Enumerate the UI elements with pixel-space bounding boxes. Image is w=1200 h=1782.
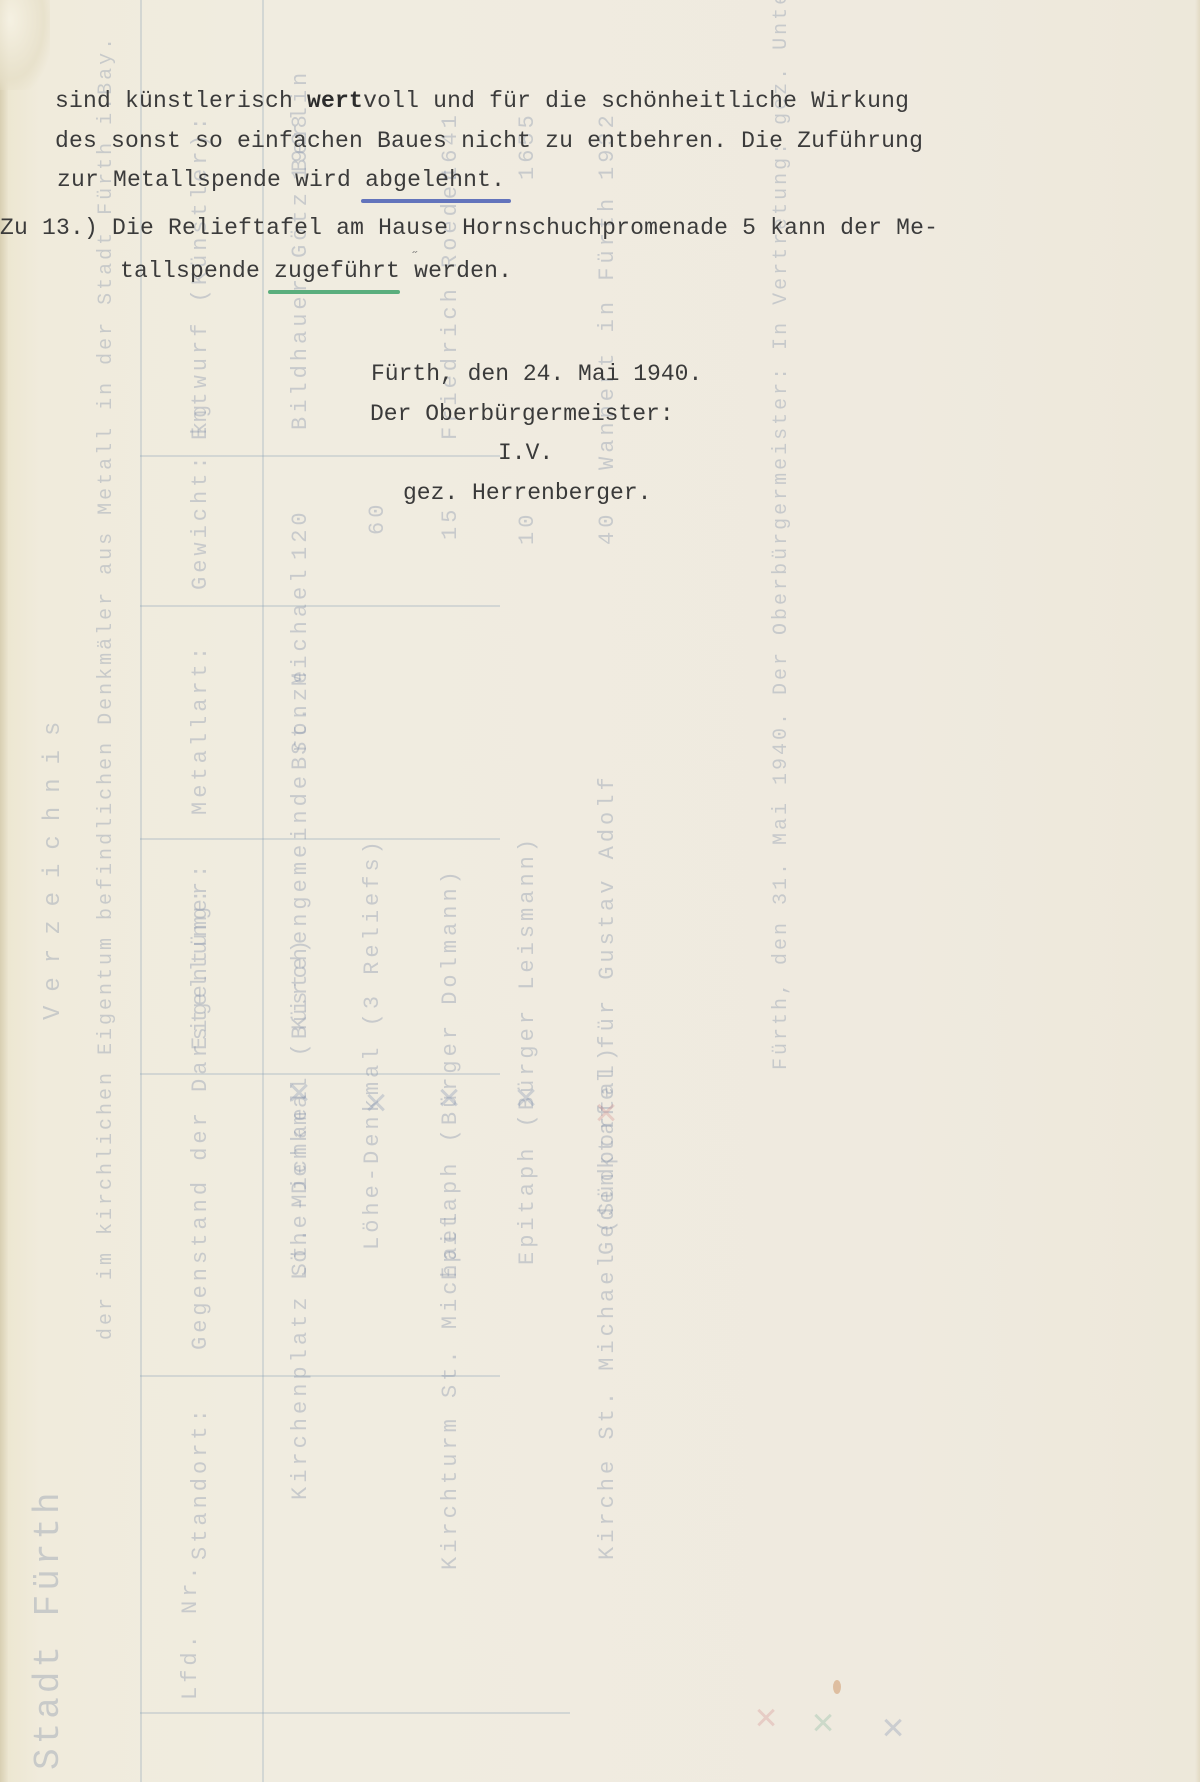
signature-place-date: Fürth, den 24. Mai 1940. <box>371 361 702 387</box>
blue-x-mark: ✕ <box>877 1715 912 1740</box>
item-13-line-2-post: werden. <box>400 258 512 284</box>
bleed-row-2-gewicht: 60 <box>365 501 390 535</box>
bleed-row-4-gewicht: 10 <box>515 511 540 545</box>
body-line-1-bold: wert <box>307 88 363 114</box>
bleed-row-3-gewicht: 15 <box>438 506 463 540</box>
signature-signed: gez. Herrenberger. <box>403 480 651 506</box>
bleed-row-3-kuenstler: Friedrich Roeder <box>438 165 463 440</box>
blue-x-mark: ✕ <box>283 1080 318 1105</box>
blue-x-mark: ✕ <box>510 1085 545 1110</box>
item-13-line-2-pre: tallspende <box>120 258 274 284</box>
bleed-row-1-gewicht: 120 <box>288 508 313 560</box>
red-x-mark: ✕ <box>750 1705 785 1730</box>
body-line-1-post: voll und für die schönheitliche Wirkung <box>363 88 909 114</box>
red-x-mark: ✕ <box>590 1100 625 1125</box>
bleed-table-line <box>140 1712 570 1714</box>
bleed-row-1-eigentuemer: Kirchengemeinde St. Michael <box>288 566 313 1030</box>
bleed-table-line <box>140 838 500 840</box>
bleed-footer: Fürth, den 31. Mai 1940. Der Oberbürgerm… <box>770 0 793 1070</box>
bleed-col-metall: Metallart: <box>188 643 213 815</box>
item-13-label: Zu 13.) <box>0 215 98 241</box>
bleed-table-line <box>140 605 500 607</box>
bleed-row-5-gegenstand: Gedenktafel für Gustav Adolf <box>595 773 620 1255</box>
body-line-3: zur Metallspende wird abgelehnt. <box>57 167 505 193</box>
bleed-col-standort: Standort: <box>188 1405 213 1560</box>
rejected-underlined-word: abgelehnt. <box>365 167 505 193</box>
bleed-col-eigentuemer: Eigentümer: <box>188 861 213 1050</box>
bleed-row-5-gewicht: 40 <box>595 511 620 545</box>
document-page: Stadt Fürth der im kirchlichen Eigentum … <box>0 0 1200 1782</box>
bleed-row-2-gegenstand: Löhe-Denkmal (3 Reliefs) <box>360 837 385 1250</box>
signature-deputy: I.V. <box>498 440 553 466</box>
bleed-stamp: Stadt Fürth <box>28 1488 69 1770</box>
item-13-line-2: tallspende zugeführt werden. <box>120 258 512 284</box>
item-13-line-1: Zu 13.) Die Relieftafel am Hause Hornsch… <box>0 215 938 241</box>
signature-title: Der Oberbürgermeister: <box>370 401 674 427</box>
approved-underlined-word: zugeführt <box>274 258 400 284</box>
item-13-text: Die Relieftafel am Hause Hornschuchprome… <box>112 215 938 241</box>
body-line-3-pre: zur Metallspende wird <box>57 167 365 193</box>
body-line-1-pre: sind künstlerisch <box>55 88 307 114</box>
bleed-heading: Verzeichnis <box>40 708 67 1020</box>
rust-stain <box>833 1680 841 1694</box>
bleed-col-nr: Lfd. Nr. <box>178 1562 203 1700</box>
green-x-mark: ✕ <box>807 1710 842 1735</box>
bleed-row-1-metall: Bronze <box>288 667 313 770</box>
blue-x-mark: ✕ <box>360 1090 395 1115</box>
paper-left-edge <box>0 0 8 1782</box>
blue-x-mark: ✕ <box>433 1085 468 1110</box>
paper-corner-wear <box>0 0 50 90</box>
body-line-1: sind künstlerisch wertvoll und für die s… <box>55 88 909 114</box>
bleed-row-3-gegenstand: Epitaph (Bürger Dolmann) <box>438 867 463 1280</box>
bleed-row-4-gegenstand: Epitaph (Bürger Leismann) <box>515 835 540 1265</box>
body-line-2: des sonst so einfachen Baues nicht zu en… <box>55 128 923 154</box>
